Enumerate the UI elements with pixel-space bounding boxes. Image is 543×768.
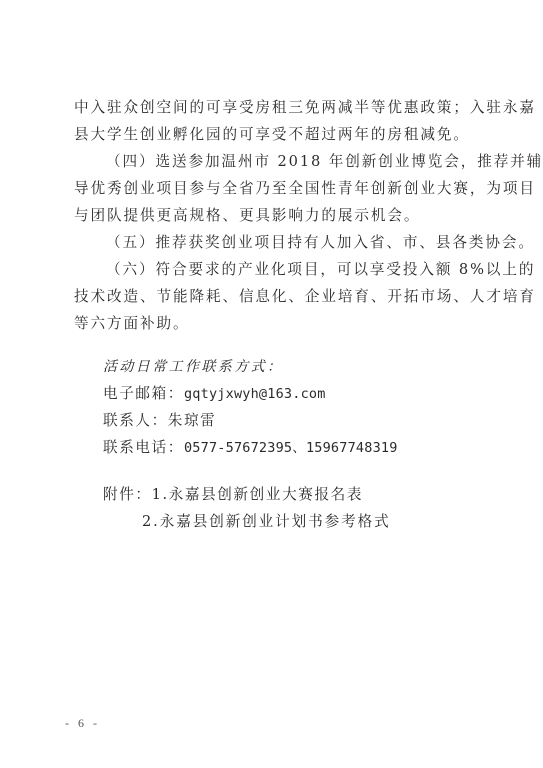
person-name: 朱琼雷 xyxy=(168,412,217,429)
paragraph-line: 等六方面补助。 xyxy=(74,314,189,334)
contact-person-row: 联系人：朱琼雷 xyxy=(103,411,216,431)
paragraph-line: 技术改造、节能降耗、信息化、企业培育、开拓市场、人才培育 xyxy=(74,287,536,307)
attachment-item: 2.永嘉县创新创业计划书参考格式 xyxy=(142,512,391,532)
person-label: 联系人： xyxy=(103,412,168,429)
attachments-row-1: 附件：1.永嘉县创新创业大赛报名表 xyxy=(103,485,363,505)
paragraph-line: （四）选送参加温州市 2018 年创新创业博览会，推荐并辅 xyxy=(106,152,543,172)
paragraph-line: （六）符合要求的产业化项目，可以享受投入额 8%以上的 xyxy=(106,260,535,280)
email-address: gqtyjxwyh@163.com xyxy=(184,386,326,402)
paragraph-line: 中入驻众创空间的可享受房租三免两减半等优惠政策；入驻永嘉 xyxy=(74,98,536,118)
attachment-item: 1.永嘉县创新创业大赛报名表 xyxy=(152,486,363,503)
paragraph-line: 导优秀创业项目参与全省乃至全国性青年创新创业大赛，为项目 xyxy=(74,179,536,199)
document-page: 中入驻众创空间的可享受房租三免两减半等优惠政策；入驻永嘉 县大学生创业孵化园的可… xyxy=(0,0,543,768)
email-label: 电子邮箱： xyxy=(103,385,184,402)
paragraph-line: 与团队提供更高规格、更具影响力的展示机会。 xyxy=(74,206,420,226)
paragraph-line: （五）推荐获奖创业项目持有人加入省、市、县各类协会。 xyxy=(106,233,535,253)
page-number: - 6 - xyxy=(65,716,100,731)
phone-numbers: 0577-57672395、15967748319 xyxy=(184,440,398,456)
contact-email-row: 电子邮箱：gqtyjxwyh@163.com xyxy=(103,384,326,404)
paragraph-line: 县大学生创业孵化园的可享受不超过两年的房租减免。 xyxy=(74,125,470,145)
attachments-label: 附件： xyxy=(103,486,152,503)
phone-label: 联系电话： xyxy=(103,439,184,456)
contact-title: 活动日常工作联系方式： xyxy=(103,357,283,377)
contact-phone-row: 联系电话：0577-57672395、15967748319 xyxy=(103,438,398,458)
